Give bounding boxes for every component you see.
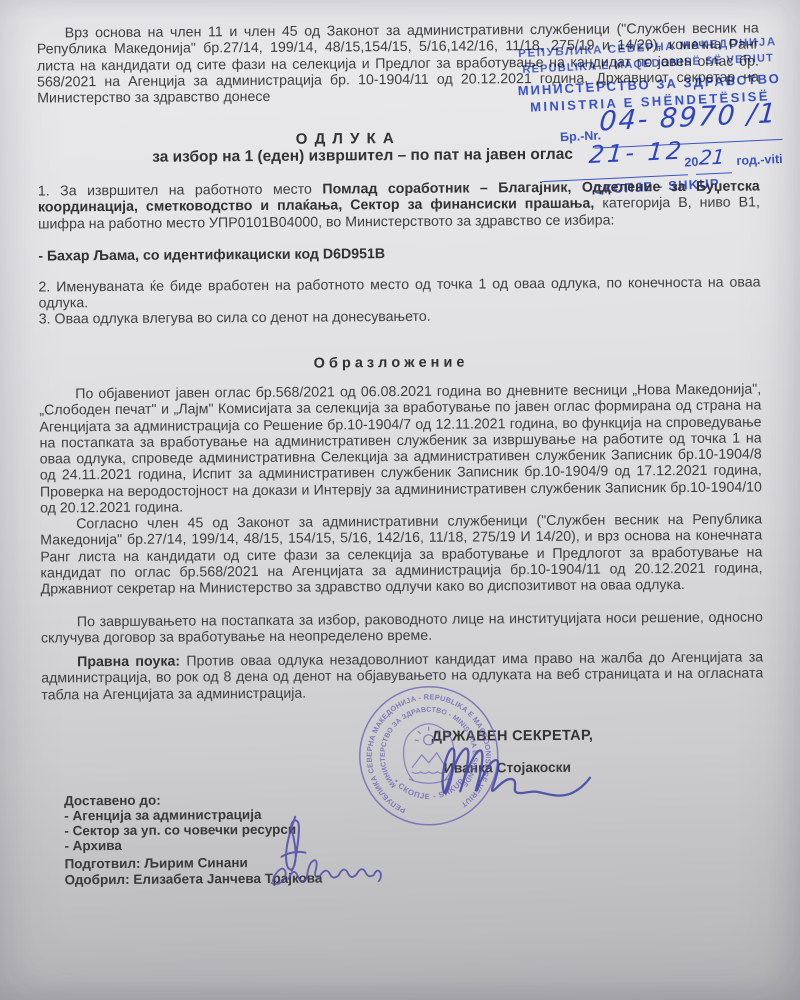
decision-point-1: 1. За извршител на работното место Помла… bbox=[38, 178, 760, 232]
candidate-line: - Бахар Љама, со идентификациски код D6D… bbox=[38, 243, 760, 264]
point1-segment: 1. За извршител на работното место bbox=[38, 182, 323, 200]
distribution-heading: Доставено до: bbox=[64, 793, 161, 809]
approved-signature bbox=[260, 856, 385, 897]
secretary-signature bbox=[430, 734, 601, 810]
rationale-paragraph-3: По завршувањето на постапката за избор, … bbox=[41, 609, 763, 647]
rationale-paragraph-1: По објавениот јавен оглас бр.568/2021 од… bbox=[39, 381, 762, 516]
document-content: Врз основа на член 11 и член 45 од Закон… bbox=[0, 0, 800, 1000]
legal-remedy-label: Правна поука: bbox=[77, 654, 180, 671]
rationale-paragraph-2: Согласно член 45 од Законот за администр… bbox=[40, 511, 763, 597]
year-suffix: год.-viti bbox=[736, 152, 783, 168]
prepared-by-line: Подготвил: Љирим Синани bbox=[64, 855, 247, 871]
distribution-item: - Агенција за администрација bbox=[64, 807, 261, 823]
year-handwritten: 21 bbox=[698, 145, 725, 170]
distribution-item: - Сектор за уп. со човечки ресурси bbox=[64, 822, 296, 839]
rationale-heading: О б р а з л о ж е н и е bbox=[39, 353, 739, 374]
distribution-item: - Архива bbox=[64, 838, 122, 853]
document-scan: Врз основа на член 11 и член 45 од Закон… bbox=[0, 0, 800, 1000]
